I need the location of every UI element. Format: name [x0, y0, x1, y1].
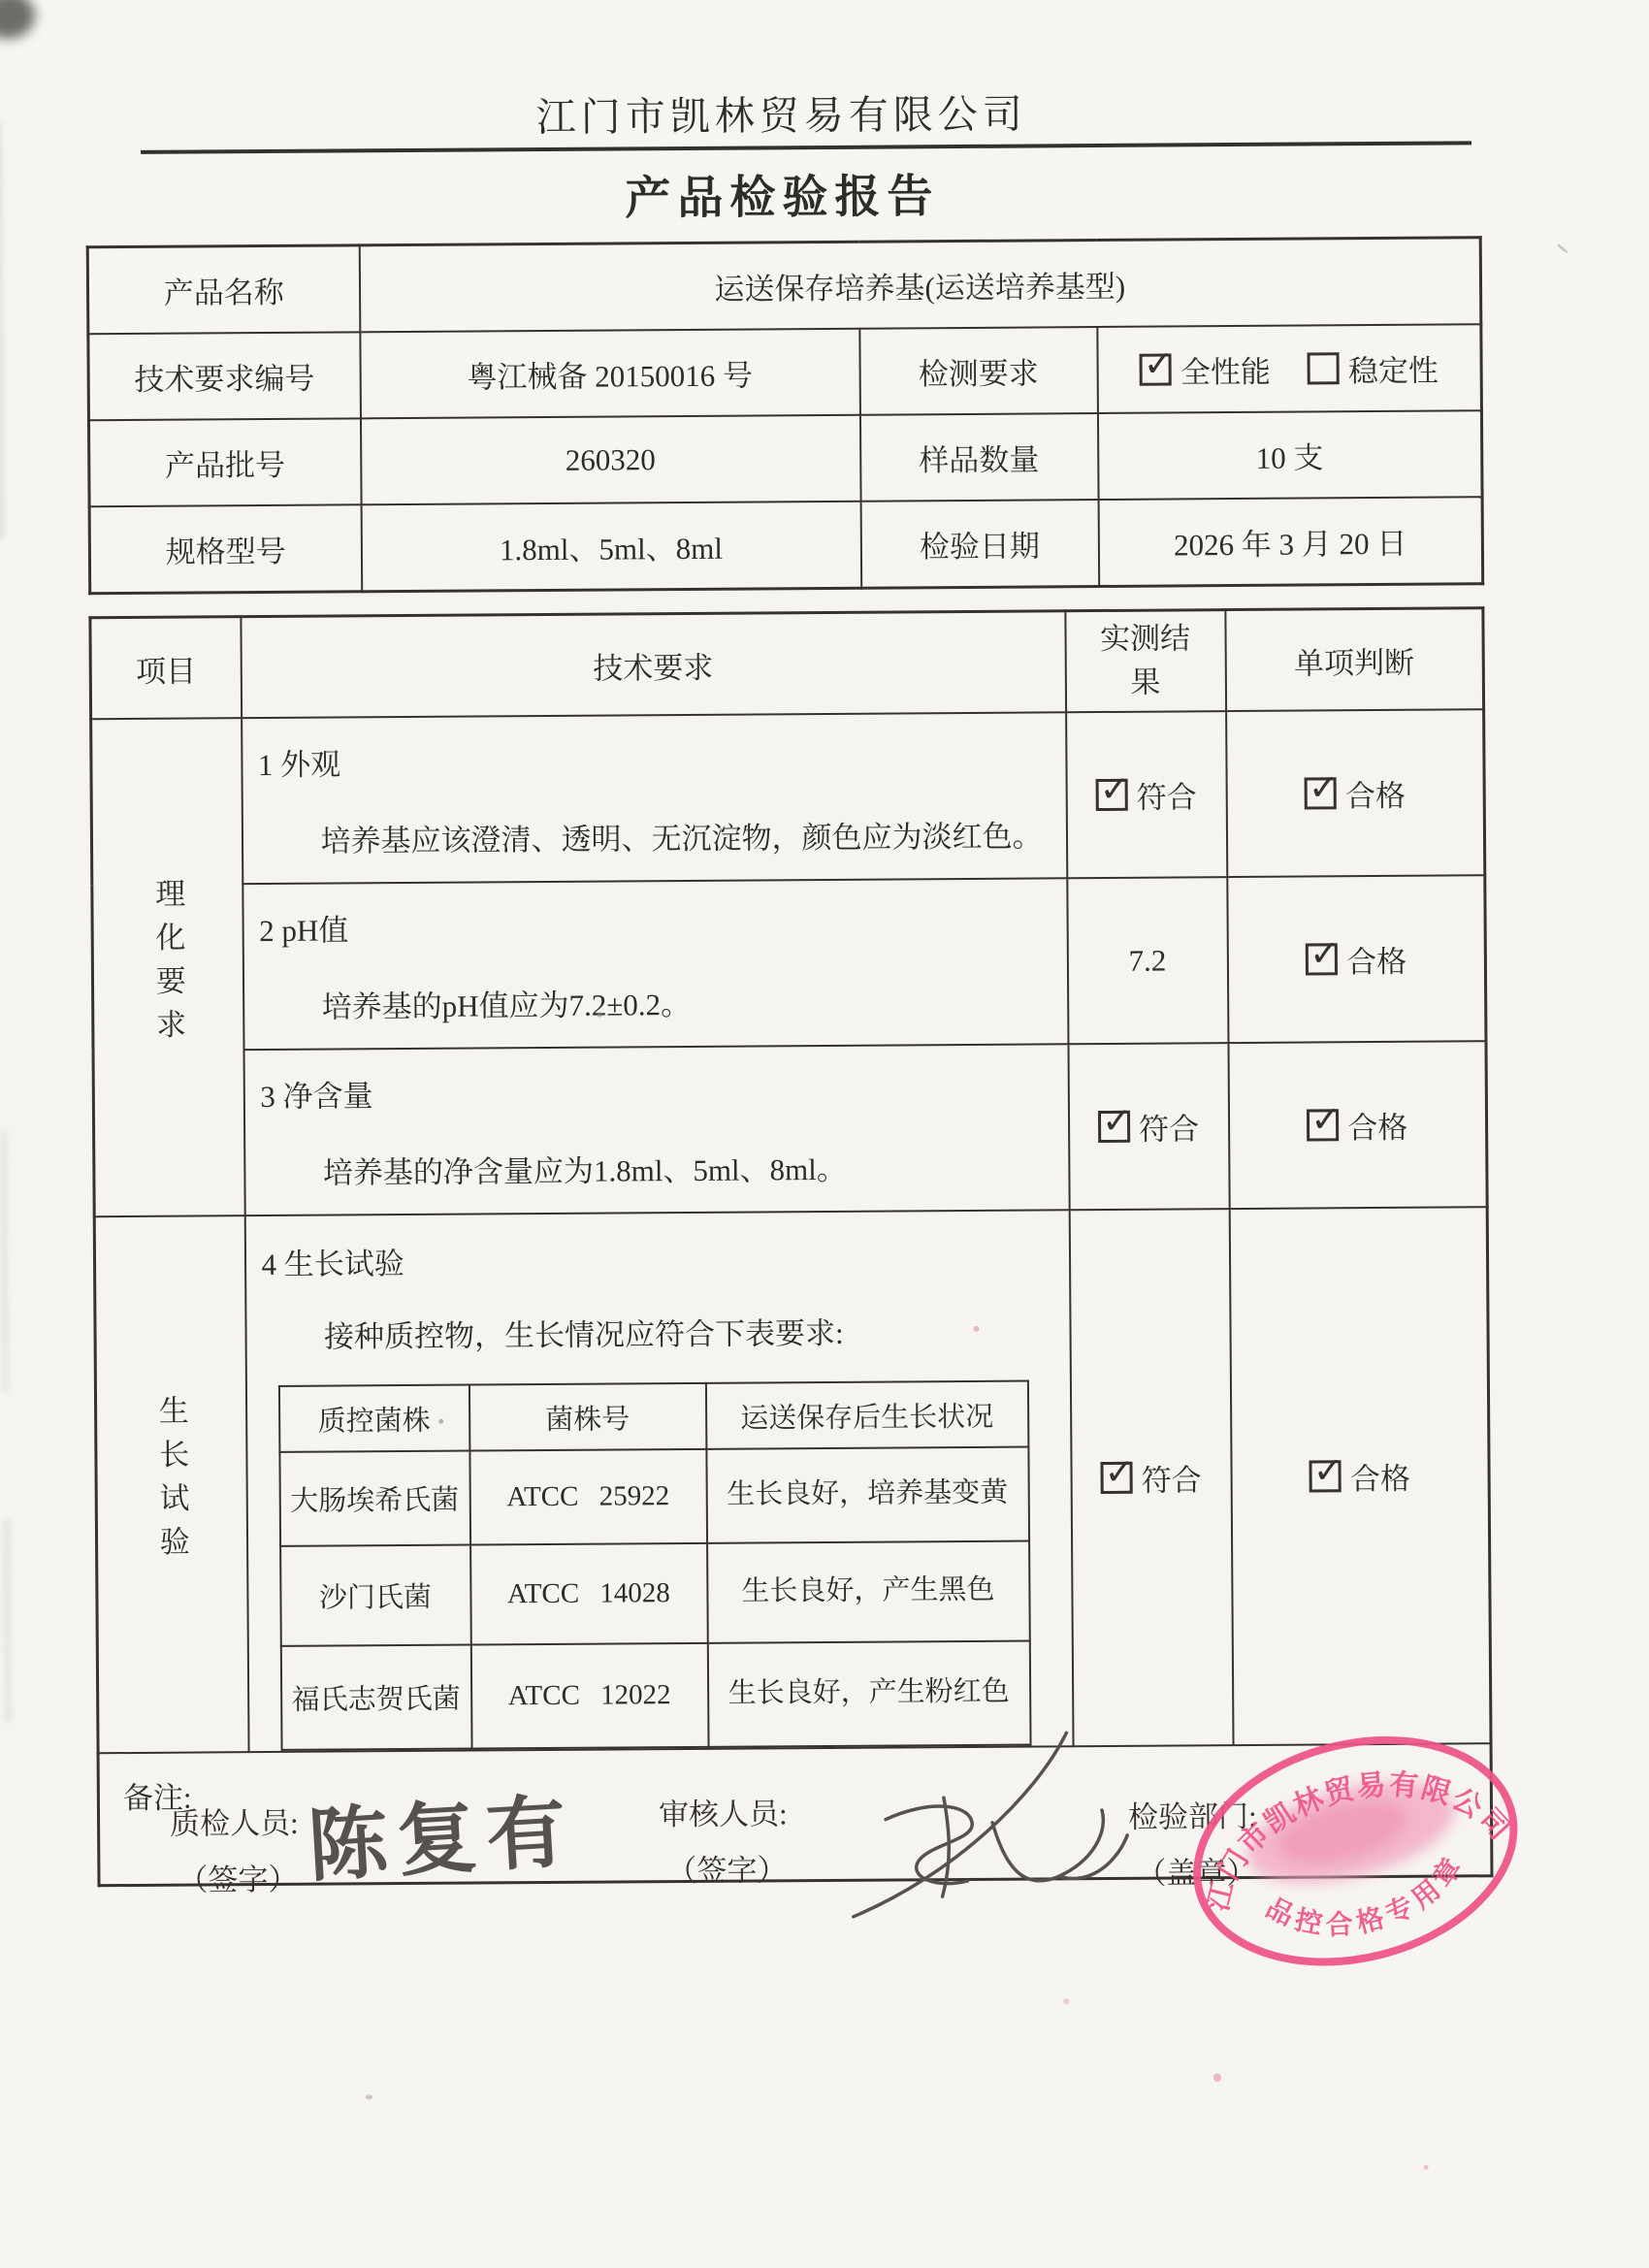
scan-speck — [974, 1326, 980, 1332]
table-row: 大肠埃希氏菌 ATCC 25922 生长良好，培养基变黄 — [279, 1447, 1029, 1546]
measured-value: 7.2 — [1128, 943, 1166, 977]
requirement-title: 3 净含量 — [260, 1066, 1057, 1116]
requirement-desc: 培养基的净含量应为1.8ml、5ml、8ml。 — [323, 1143, 1058, 1191]
scan-edge-streak — [0, 122, 5, 539]
checked-checkbox-icon — [1305, 777, 1337, 809]
measured-label: 符合 — [1142, 1463, 1202, 1497]
results-header-row: 项目 技术要求 实测结果 单项判断 — [90, 608, 1484, 720]
scan-speck — [1063, 1998, 1069, 2004]
requirement-ph: 2 pH值 培养基的pH值应为7.2±0.2。 — [242, 878, 1068, 1050]
judgment-label: 合格 — [1346, 945, 1406, 979]
batch-label: 产品批号 — [88, 418, 361, 506]
scan-speck — [1424, 2165, 1429, 2170]
test-req-label: 检测要求 — [859, 327, 1098, 415]
option-label: 全性能 — [1180, 355, 1271, 390]
tech-req-no-label: 技术要求编号 — [88, 332, 361, 420]
row-ph: 2 pH值 培养基的pH值应为7.2±0.2。 7.2 合格 — [92, 875, 1486, 1051]
reviewer-block: 审核人员: （签字） — [659, 1789, 788, 1890]
growth-strain-table: 质控菌株 菌株号 运送保存后生长状况 大肠埃希氏菌 ATCC 25922 生长良… — [277, 1380, 1031, 1751]
strain-name: 福氏志贺氏菌 — [280, 1645, 471, 1750]
requirement-title: 1 外观 — [258, 734, 1055, 784]
growth-status: 生长良好，培养基变黄 — [706, 1447, 1029, 1543]
requirement-desc: 培养基应该澄清、透明、无沉淀物，颜色应为淡红色。 — [320, 811, 1055, 859]
group-label: 生长试验 — [149, 1395, 194, 1570]
requirement-title: 4 生长试验 — [261, 1234, 1058, 1283]
header-judgment: 单项判断 — [1225, 608, 1484, 711]
row-net-content: 3 净含量 培养基的净含量应为1.8ml、5ml、8ml。 符合 合格 — [93, 1041, 1487, 1216]
spec-value: 1.8ml、5ml、8ml — [361, 502, 861, 592]
group-growth-test: 生长试验 — [94, 1215, 248, 1753]
header-requirement: 技术要求 — [241, 611, 1066, 718]
option-stability: 稳定性 — [1308, 354, 1439, 389]
qc-sub-label: （签字） — [178, 1855, 299, 1899]
sample-qty-value: 10 支 — [1097, 410, 1482, 500]
requirement-growth-test: 4 生长试验 接种质控物，生长情况应符合下表要求: 质控菌株 菌株号 运送保存后… — [244, 1210, 1073, 1752]
product-name-label: 产品名称 — [87, 245, 360, 334]
scan-speck — [366, 2094, 372, 2099]
requirement-desc: 培养基的pH值应为7.2±0.2。 — [322, 977, 1057, 1025]
scan-speck — [1556, 243, 1568, 254]
strain-no: ATCC 25922 — [469, 1449, 707, 1545]
spec-label: 规格型号 — [89, 504, 362, 593]
reviewer-signature — [770, 1703, 1150, 1949]
judgment-appearance: 合格 — [1226, 709, 1485, 877]
product-info-table: 产品名称 运送保存培养基(运送培养基型) 技术要求编号 粤江械备 2015001… — [86, 236, 1484, 595]
unchecked-checkbox-icon — [1308, 352, 1340, 384]
results-table: 项目 技术要求 实测结果 单项判断 理化要求 1 外观 培养基应该澄清、透明、无… — [88, 606, 1493, 1887]
growth-status-header: 运送保存后生长状况 — [705, 1381, 1027, 1449]
row-batch: 产品批号 260320 样品数量 10 支 — [88, 410, 1482, 506]
scan-speck — [438, 1419, 443, 1424]
judgment-label: 合格 — [1345, 779, 1406, 813]
option-full-performance: 全性能 — [1140, 355, 1271, 390]
checked-checkbox-icon — [1096, 779, 1128, 811]
checked-checkbox-icon — [1309, 1460, 1342, 1492]
requirement-title: 2 pH值 — [259, 900, 1056, 950]
measured-appearance: 符合 — [1066, 711, 1227, 878]
scan-edge-streak — [3, 1519, 12, 1723]
judgment-label: 合格 — [1350, 1462, 1410, 1496]
judgment-label: 合格 — [1347, 1111, 1407, 1145]
option-label: 稳定性 — [1348, 354, 1439, 389]
header-measured: 实测结果 — [1065, 610, 1226, 713]
strain-no: ATCC 12022 — [470, 1643, 708, 1749]
measured-label: 符合 — [1139, 1112, 1199, 1146]
growth-status: 生长良好，产生黑色 — [707, 1541, 1030, 1643]
qc-label: 质检人员: — [170, 1806, 299, 1841]
measured-net-content: 符合 — [1068, 1043, 1229, 1210]
date-label: 检验日期 — [860, 500, 1099, 588]
requirement-net-content: 3 净含量 培养基的净含量应为1.8ml、5ml、8ml。 — [243, 1044, 1069, 1215]
scan-speck — [597, 1013, 602, 1018]
requirement-appearance: 1 外观 培养基应该澄清、透明、无沉淀物，颜色应为淡红色。 — [242, 712, 1067, 884]
requirement-desc: 接种质控物，生长情况应符合下表要求: — [324, 1307, 1059, 1355]
qc-signer-block: 质检人员: （签字） — [170, 1798, 299, 1899]
strain-no: ATCC 14028 — [470, 1543, 708, 1645]
row-product-name: 产品名称 运送保存培养基(运送培养基型) — [87, 238, 1481, 335]
row-tech-req: 技术要求编号 粤江械备 20150016 号 检测要求 全性能稳定性 — [88, 324, 1482, 420]
checked-checkbox-icon — [1098, 1111, 1130, 1143]
sample-qty-label: 样品数量 — [859, 413, 1098, 502]
strain-name: 沙门氏菌 — [280, 1545, 471, 1646]
growth-table-header: 质控菌株 菌株号 运送保存后生长状况 — [278, 1381, 1027, 1452]
group-label: 理化要求 — [145, 878, 190, 1053]
checked-checkbox-icon — [1306, 943, 1338, 975]
checked-checkbox-icon — [1140, 353, 1172, 385]
reviewer-label: 审核人员: — [659, 1797, 788, 1831]
batch-value: 260320 — [360, 415, 860, 505]
measured-label: 符合 — [1137, 780, 1197, 814]
tech-req-no-value: 粤江械备 20150016 号 — [360, 329, 860, 419]
row-appearance: 理化要求 1 外观 培养基应该澄清、透明、无沉淀物，颜色应为淡红色。 符合 合格 — [91, 709, 1485, 885]
report-title: 产品检验报告 — [85, 156, 1478, 231]
measured-growth-test: 符合 — [1069, 1209, 1233, 1746]
judgment-net-content: 合格 — [1228, 1041, 1487, 1209]
header-item: 项目 — [90, 617, 242, 720]
product-name-value: 运送保存培养基(运送培养基型) — [359, 238, 1481, 333]
checked-checkbox-icon — [1100, 1462, 1132, 1494]
scanned-report-page: 江门市凯林贸易有限公司 产品检验报告 产品名称 运送保存培养基(运送培养基型) … — [0, 0, 1649, 2268]
measured-ph: 7.2 — [1067, 877, 1228, 1044]
table-row: 沙门氏菌 ATCC 14028 生长良好，产生黑色 — [280, 1541, 1030, 1646]
strain-name: 大肠埃希氏菌 — [279, 1451, 470, 1546]
company-name: 江门市凯林贸易有限公司 — [85, 79, 1478, 146]
checked-checkbox-icon — [1307, 1109, 1339, 1141]
date-value: 2026 年 3 月 20 日 — [1098, 497, 1483, 586]
group-physicochemical: 理化要求 — [91, 718, 245, 1216]
row-spec: 规格型号 1.8ml、5ml、8ml 检验日期 2026 年 3 月 20 日 — [89, 497, 1483, 594]
scan-speck — [1213, 2073, 1221, 2082]
strain-no-header: 菌株号 — [469, 1383, 705, 1451]
scan-corner-smudge — [0, 0, 35, 39]
scan-edge-streak — [0, 1131, 9, 1393]
reviewer-sub-label: （签字） — [666, 1845, 788, 1890]
row-growth-test: 生长试验 4 生长试验 接种质控物，生长情况应符合下表要求: 质控菌株 菌株号 … — [94, 1207, 1491, 1753]
judgment-growth-test: 合格 — [1229, 1207, 1491, 1745]
judgment-ph: 合格 — [1227, 875, 1486, 1043]
qc-handwritten-signature: 陈复有 — [305, 1768, 578, 1897]
test-req-value: 全性能稳定性 — [1097, 324, 1482, 413]
